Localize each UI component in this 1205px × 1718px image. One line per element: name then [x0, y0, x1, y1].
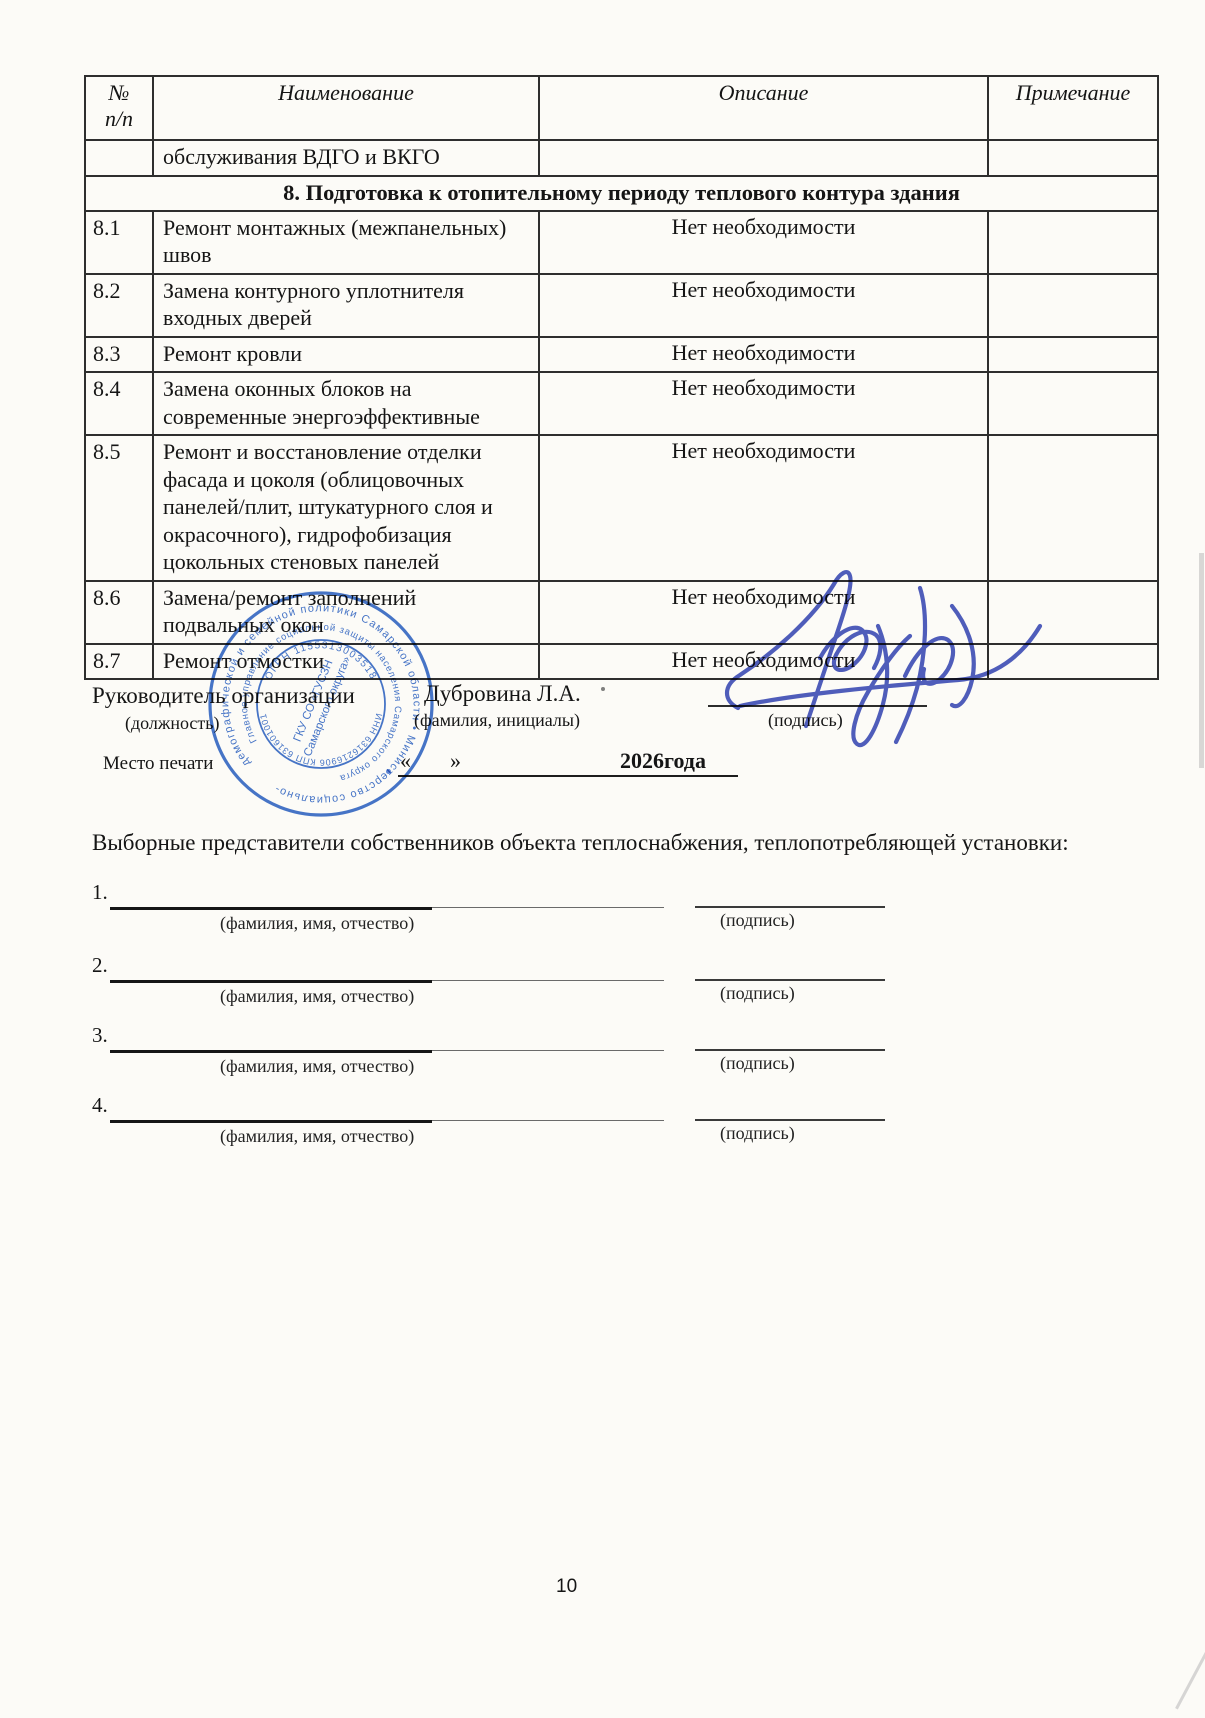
scan-edge-artifact	[1199, 553, 1204, 768]
item-number: 2.	[92, 953, 108, 978]
cell-name: Ремонт монтажных (межпанельных) швов	[153, 211, 539, 274]
name-blank-line	[110, 1093, 432, 1123]
fio-sublabel: (фамилия, имя, отчество)	[220, 1126, 414, 1147]
scanned-document-page: № п/п Наименование Описание Примечание о…	[0, 0, 1205, 1718]
table-row: 8.1 Ремонт монтажных (межпанельных) швов…	[85, 211, 1158, 274]
cell-name: Ремонт кровли	[153, 337, 539, 373]
signature-sublabel: (подпись)	[720, 910, 795, 931]
column-header-desc: Описание	[539, 76, 988, 140]
column-header-name: Наименование	[153, 76, 539, 140]
cell-num: 8.6	[85, 581, 153, 644]
year-text: 2026года	[620, 748, 706, 774]
representative-item: 4. (фамилия, имя, отчество) (подпись)	[92, 1093, 932, 1155]
cell-num: 8.2	[85, 274, 153, 337]
table-header-row: № п/п Наименование Описание Примечание	[85, 76, 1158, 140]
cell-desc	[539, 140, 988, 176]
representative-item: 3. (фамилия, имя, отчество) (подпись)	[92, 1023, 932, 1085]
cell-note	[988, 211, 1158, 274]
seal-place-label: Место печати	[103, 753, 213, 775]
name-blank-line	[110, 1023, 432, 1053]
handwritten-signature	[700, 558, 1060, 758]
representative-item: 2. (фамилия, имя, отчество) (подпись)	[92, 953, 932, 1015]
item-number: 4.	[92, 1093, 108, 1118]
cell-name: Ремонт и восстановление отделки фасада и…	[153, 435, 539, 581]
cell-desc: Нет необходимости	[539, 211, 988, 274]
signature-blank-line	[695, 1023, 885, 1051]
cell-note	[988, 372, 1158, 435]
table-row: 8.4 Замена оконных блоков на современные…	[85, 372, 1158, 435]
cell-name: Замена контурного уплотнителя входных дв…	[153, 274, 539, 337]
stray-dot	[601, 687, 605, 691]
item-number: 3.	[92, 1023, 108, 1048]
name-blank-line	[110, 880, 432, 910]
cell-num: 8.7	[85, 644, 153, 680]
cell-desc: Нет необходимости	[539, 337, 988, 373]
table-row: 8.2 Замена контурного уплотнителя входны…	[85, 274, 1158, 337]
section-title: 8. Подготовка к отопительному периоду те…	[85, 176, 1158, 211]
name-blank-line-thin	[432, 881, 664, 908]
cell-note	[988, 140, 1158, 176]
cell-num: 8.5	[85, 435, 153, 581]
cell-num: 8.3	[85, 337, 153, 373]
date-blank-line: « » 2026года	[398, 748, 738, 777]
name-blank-line	[110, 953, 432, 983]
cell-num: 8.4	[85, 372, 153, 435]
cell-note	[988, 274, 1158, 337]
scan-corner-streak	[1175, 1554, 1205, 1710]
fio-sublabel: (фамилия, имя, отчество)	[220, 1056, 414, 1077]
quote-close: »	[450, 748, 461, 774]
signature-sublabel: (подпись)	[720, 983, 795, 1004]
cell-num	[85, 140, 153, 176]
round-seal-stamp: демографической и семейной политики Сама…	[203, 586, 439, 822]
item-number: 1.	[92, 880, 108, 905]
signer-name: Дубровина Л.А.	[424, 681, 581, 707]
fio-sublabel: (фамилия, имя, отчество)	[220, 986, 414, 1007]
fio-sublabel: (фамилия, имя, отчество)	[220, 913, 414, 934]
signature-blank-line	[695, 880, 885, 908]
name-blank-line-thin	[432, 954, 664, 981]
cell-name: Замена оконных блоков на современные эне…	[153, 372, 539, 435]
column-header-note: Примечание	[988, 76, 1158, 140]
column-header-num: № п/п	[85, 76, 153, 140]
cell-num: 8.1	[85, 211, 153, 274]
signature-blank-line	[695, 953, 885, 981]
signature-sublabel: (подпись)	[720, 1053, 795, 1074]
signature-sublabel: (подпись)	[720, 1123, 795, 1144]
cell-desc: Нет необходимости	[539, 274, 988, 337]
name-blank-line-thin	[432, 1024, 664, 1051]
representatives-title: Выборные представители собственников объ…	[92, 830, 1122, 856]
cell-desc: Нет необходимости	[539, 372, 988, 435]
table-row: 8.3 Ремонт кровли Нет необходимости	[85, 337, 1158, 373]
section-header-row: 8. Подготовка к отопительному периоду те…	[85, 176, 1158, 211]
name-blank-line-thin	[432, 1094, 664, 1121]
cell-note	[988, 337, 1158, 373]
representative-item: 1. (фамилия, имя, отчество) (подпись)	[92, 880, 932, 942]
page-number: 10	[556, 1576, 577, 1598]
signature-blank-line	[695, 1093, 885, 1121]
table-row-carryover: обслуживания ВДГО и ВКГО	[85, 140, 1158, 176]
cell-name: обслуживания ВДГО и ВКГО	[153, 140, 539, 176]
